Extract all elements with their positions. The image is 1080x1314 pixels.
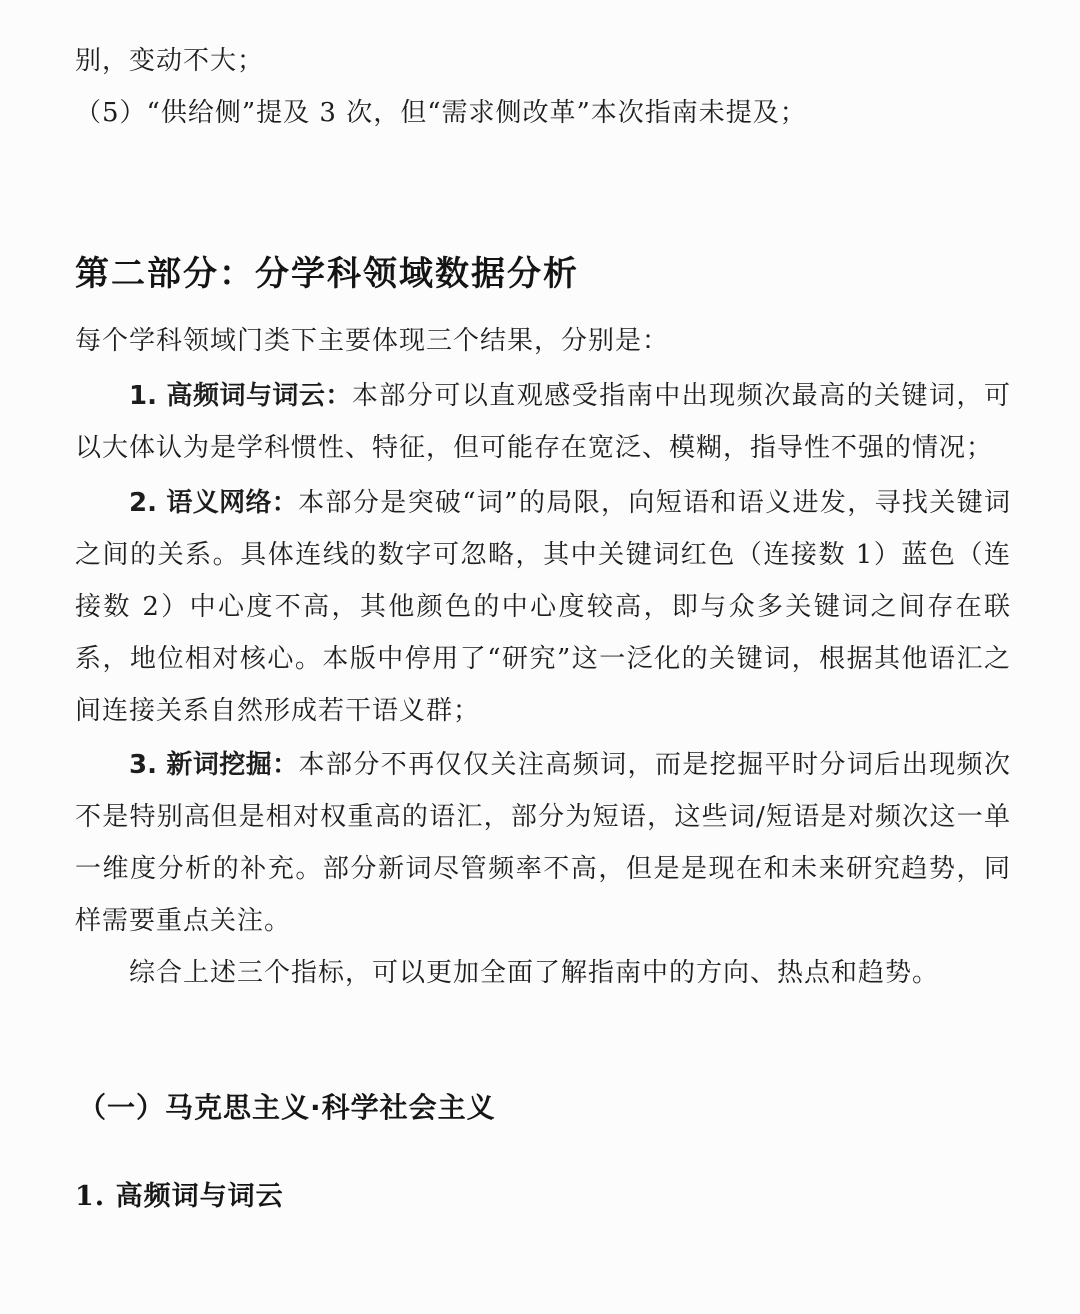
- part2-item2-text: 本部分是突破“词”的局限，向短语和语义进发，寻找关键词之间的关系。具体连线的数字…: [75, 488, 1011, 726]
- part2-item3-paragraph: 3. 新词挖掘：本部分不再仅仅关注高频词，而是挖掘平时分词后出现频次不是特别高但…: [75, 739, 1011, 947]
- part2-item1-label: 1. 高频词与词云：: [129, 381, 352, 411]
- section1-heading: （一）马克思主义·科学社会主义: [78, 1090, 1014, 1126]
- carryover-line: 别，变动不大；: [75, 35, 1011, 87]
- part2-item3-label: 3. 新词挖掘：: [129, 750, 299, 780]
- part2-item2-label: 2. 语义网络：: [129, 488, 298, 518]
- part2-item1-paragraph: 1. 高频词与词云：本部分可以直观感受指南中出现频次最高的关键词，可以大体认为是…: [75, 370, 1011, 474]
- section1-subsection1-heading: 1. 高频词与词云: [75, 1180, 1011, 1214]
- part2-item2-paragraph: 2. 语义网络：本部分是突破“词”的局限，向短语和语义进发，寻找关键词之间的关系…: [75, 477, 1011, 737]
- part2-heading: 第二部分：分学科领域数据分析: [75, 252, 1011, 296]
- part2-summary: 综合上述三个指标，可以更加全面了解指南中的方向、热点和趋势。: [75, 947, 1011, 999]
- document-page: 别，变动不大； （5）“供给侧”提及 3 次，但“需求侧改革”本次指南未提及； …: [0, 0, 1080, 1314]
- list-item-5: （5）“供给侧”提及 3 次，但“需求侧改革”本次指南未提及；: [75, 87, 1011, 139]
- part2-lead-in: 每个学科领域门类下主要体现三个结果，分别是：: [75, 315, 1011, 367]
